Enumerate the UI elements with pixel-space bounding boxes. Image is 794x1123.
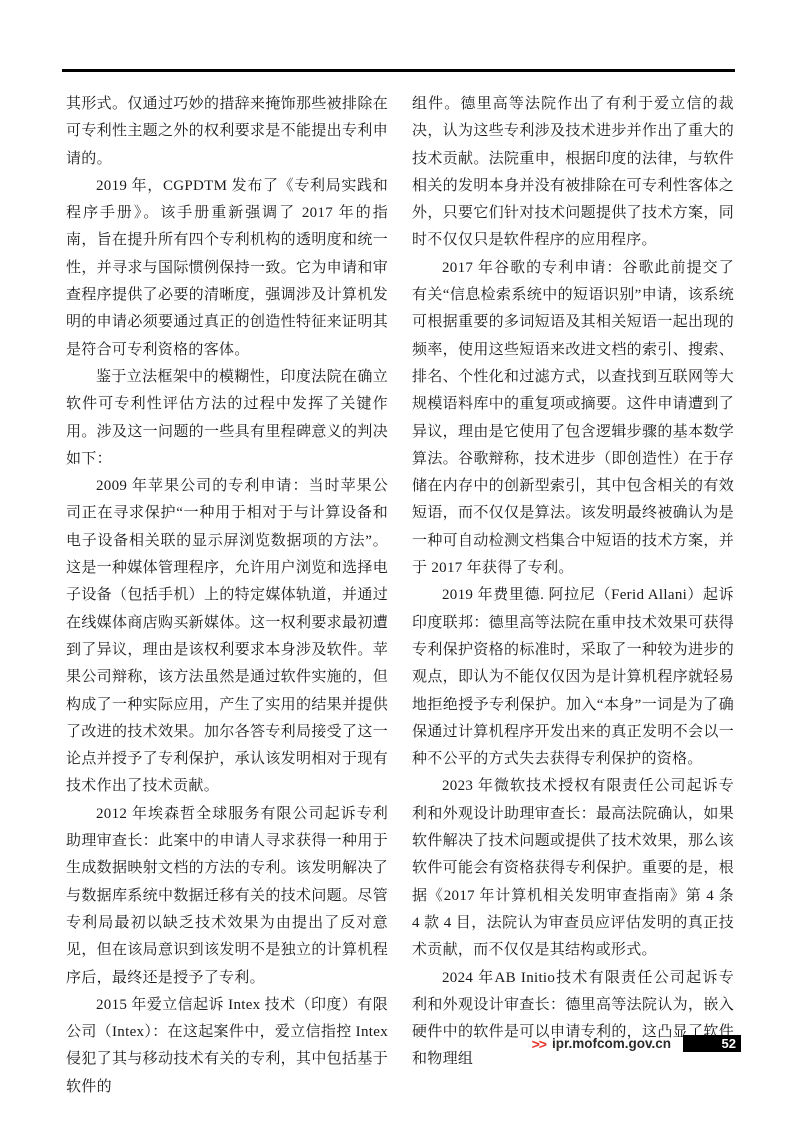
paragraph: 组件。德里高等法院作出了有利于爱立信的裁决，认为这些专利涉及技术进步并作出了重大… bbox=[412, 91, 734, 255]
right-column: 组件。德里高等法院作出了有利于爱立信的裁决，认为这些专利涉及技术进步并作出了重大… bbox=[412, 91, 734, 1101]
paragraph: 2023 年微软技术授权有限责任公司起诉专利和外观设计助理审查长：最高法院确认，… bbox=[412, 773, 734, 964]
double-chevron-icon: >> bbox=[532, 1036, 546, 1052]
paragraph: 其形式。仅通过巧妙的措辞来掩饰那些被排除在可专利性主题之外的权利要求是不能提出专… bbox=[66, 91, 388, 173]
page-number-badge: 52 bbox=[683, 1035, 741, 1052]
footer-url: ipr.mofcom.gov.cn bbox=[552, 1036, 671, 1051]
paragraph: 2009 年苹果公司的专利申请：当时苹果公司正在寻求保护“一种用于相对于与计算设… bbox=[66, 473, 388, 801]
page-footer: >> ipr.mofcom.gov.cn 52 bbox=[66, 1035, 741, 1052]
paragraph: 2012 年埃森哲全球服务有限公司起诉专利助理审查长：此案中的申请人寻求获得一种… bbox=[66, 801, 388, 992]
left-column: 其形式。仅通过巧妙的措辞来掩饰那些被排除在可专利性主题之外的权利要求是不能提出专… bbox=[66, 91, 388, 1101]
paragraph: 2017 年谷歌的专利申请：谷歌此前提交了有关“信息检索系统中的短语识别”申请，… bbox=[412, 255, 734, 583]
paragraph: 2019 年费里德. 阿拉尼（Ferid Allani）起诉印度联邦：德里高等法… bbox=[412, 582, 734, 773]
document-page: 其形式。仅通过巧妙的措辞来掩饰那些被排除在可专利性主题之外的权利要求是不能提出专… bbox=[0, 0, 794, 1123]
paragraph: 2024 年AB Initio技术有限责任公司起诉专利和外观设计审查长：德里高等… bbox=[412, 965, 734, 1074]
paragraph: 2019 年，CGPDTM 发布了《专利局实践和程序手册》。该手册重新强调了 2… bbox=[66, 173, 388, 364]
page-body: 其形式。仅通过巧妙的措辞来掩饰那些被排除在可专利性主题之外的权利要求是不能提出专… bbox=[66, 91, 734, 1101]
header-rule bbox=[62, 69, 735, 72]
paragraph: 鉴于立法框架中的模糊性，印度法院在确立软件可专利性评估方法的过程中发挥了关键作用… bbox=[66, 364, 388, 473]
